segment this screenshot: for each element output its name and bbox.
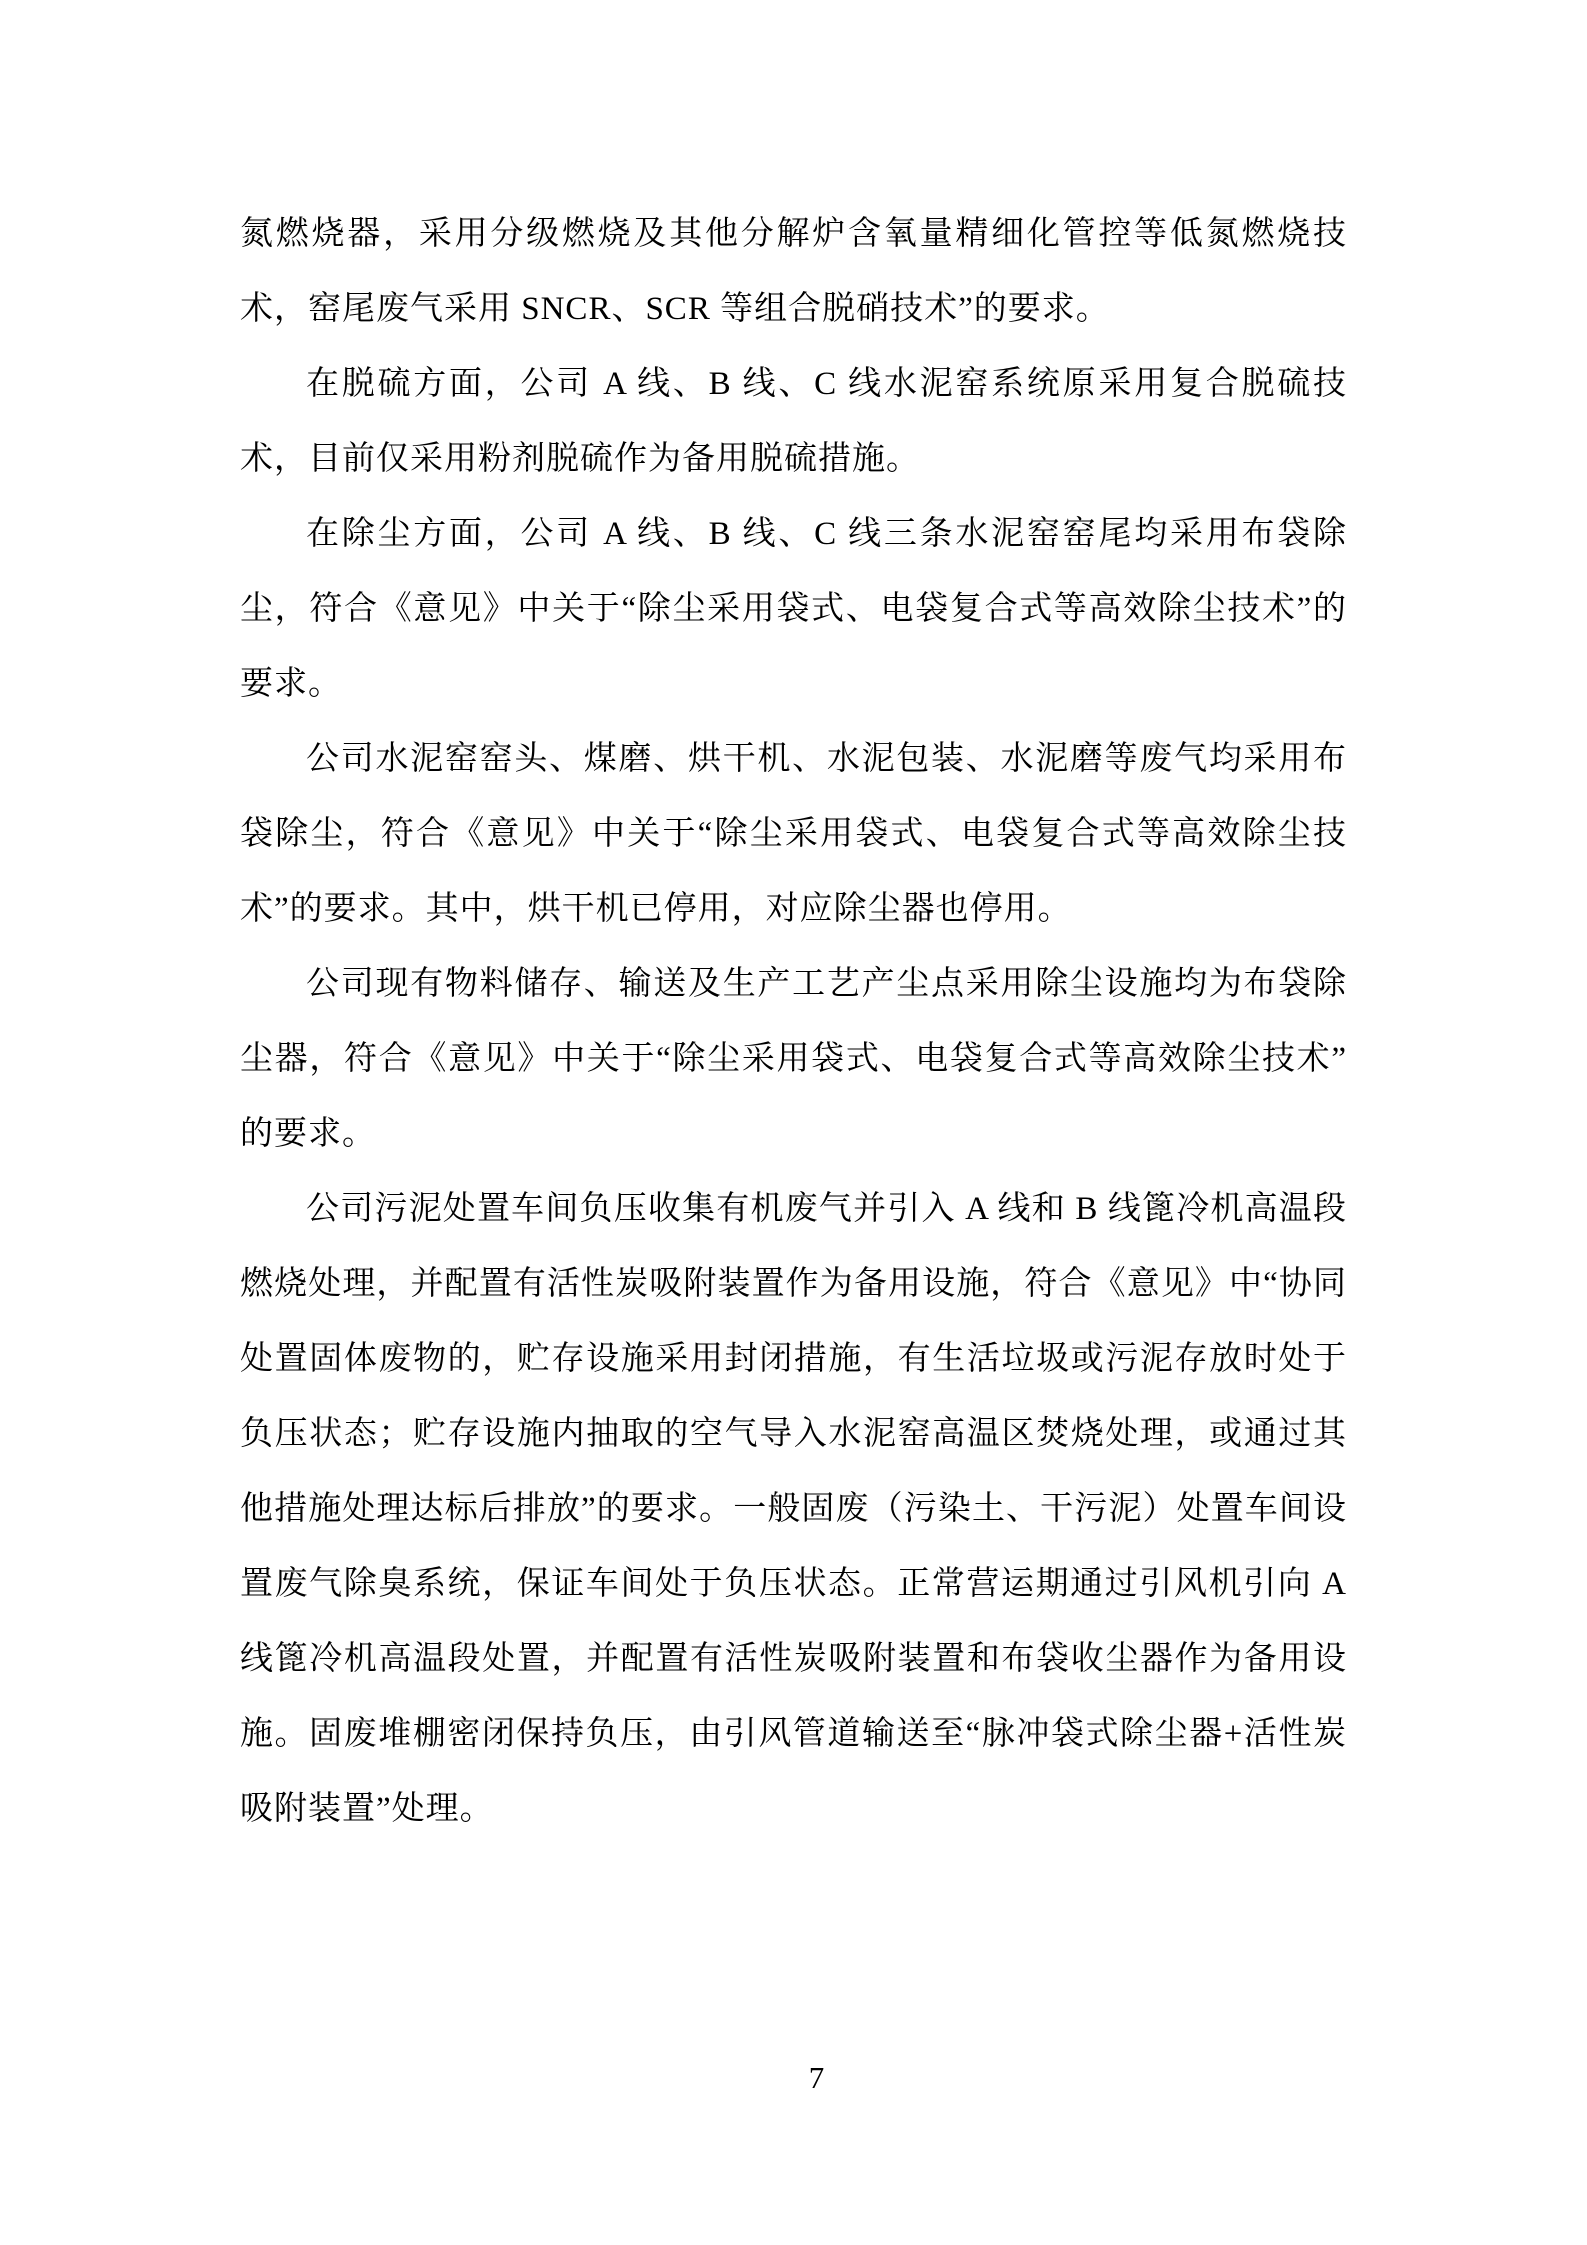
paragraph: 氮燃烧器，采用分级燃烧及其他分解炉含氧量精细化管控等低氮燃烧技术，窑尾废气采用 …: [240, 197, 1347, 347]
document-page: 氮燃烧器，采用分级燃烧及其他分解炉含氧量精细化管控等低氮燃烧技术，窑尾废气采用 …: [0, 0, 1587, 2245]
page-body: 氮燃烧器，采用分级燃烧及其他分解炉含氧量精细化管控等低氮燃烧技术，窑尾废气采用 …: [240, 197, 1347, 1847]
paragraph: 公司污泥处置车间负压收集有机废气并引入 A 线和 B 线篦冷机高温段燃烧处理，并…: [240, 1172, 1347, 1847]
page-number: 7: [0, 2062, 1587, 2093]
paragraph: 在脱硫方面，公司 A 线、B 线、C 线水泥窑系统原采用复合脱硫技术，目前仅采用…: [240, 347, 1347, 497]
paragraph: 公司水泥窑窑头、煤磨、烘干机、水泥包装、水泥磨等废气均采用布袋除尘，符合《意见》…: [240, 722, 1347, 947]
paragraph: 公司现有物料储存、输送及生产工艺产尘点采用除尘设施均为布袋除尘器，符合《意见》中…: [240, 947, 1347, 1172]
paragraph: 在除尘方面，公司 A 线、B 线、C 线三条水泥窑窑尾均采用布袋除尘，符合《意见…: [240, 497, 1347, 722]
